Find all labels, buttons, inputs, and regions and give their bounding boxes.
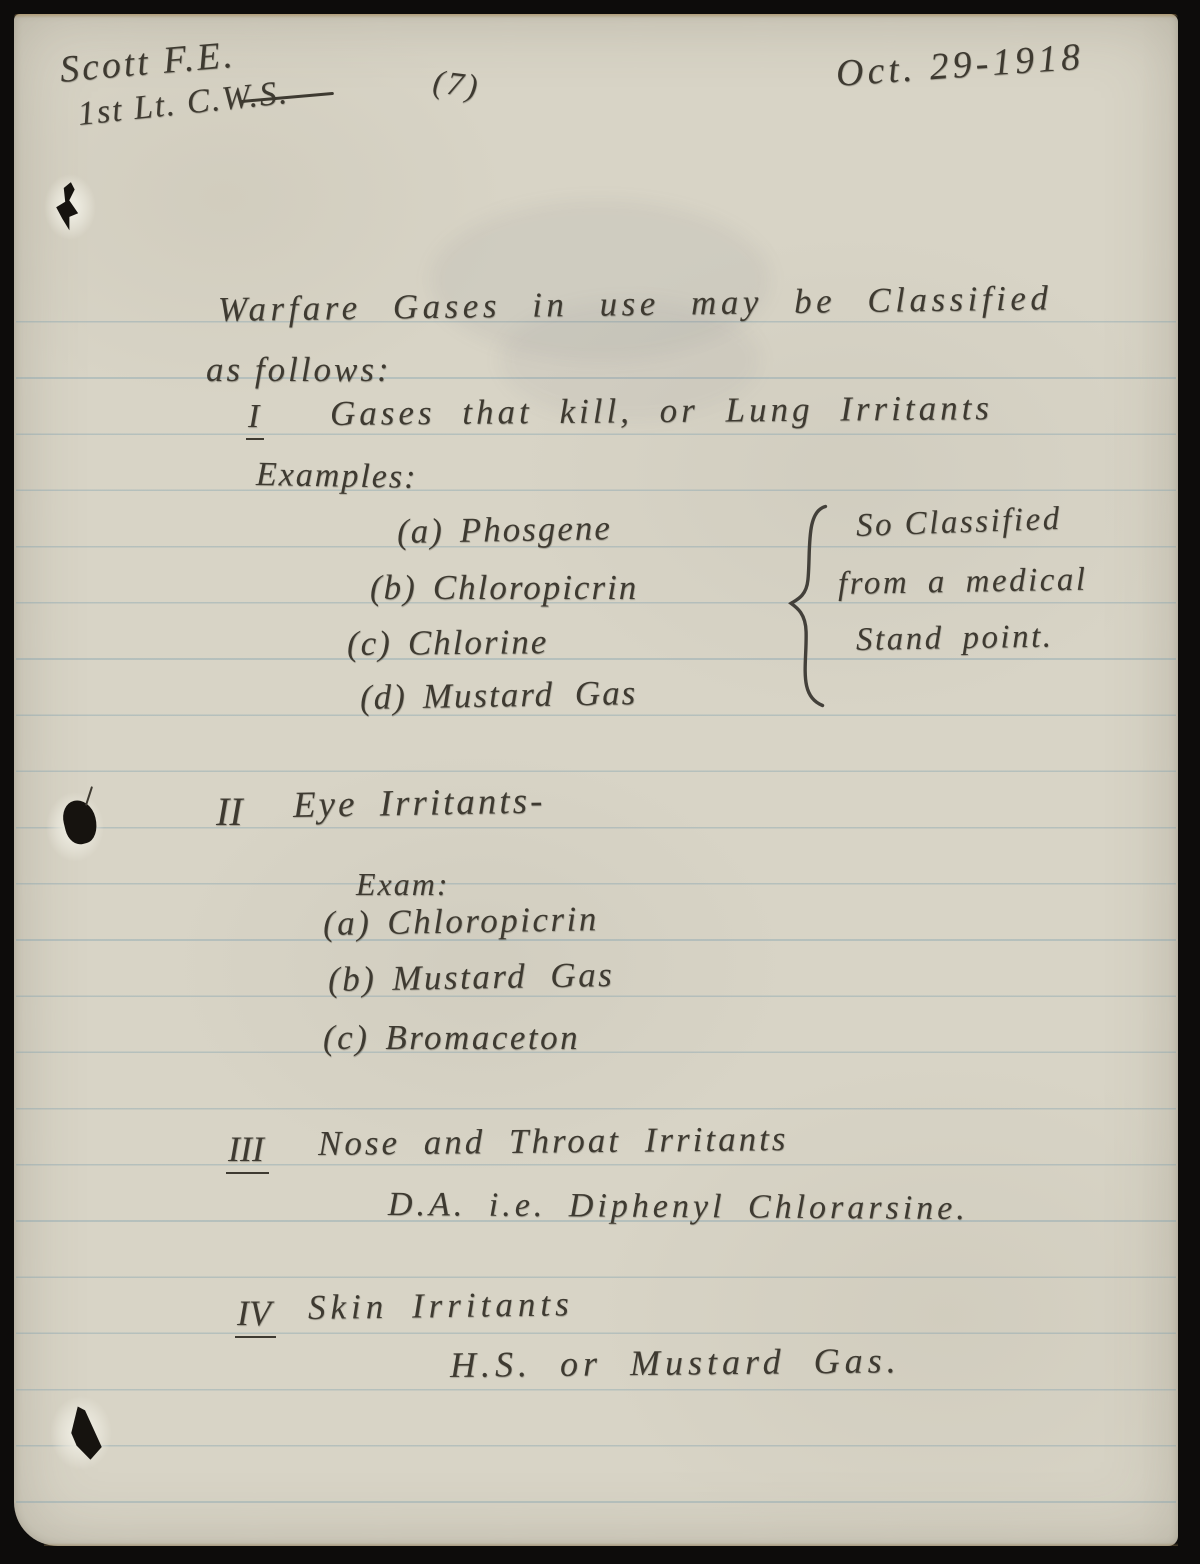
- section-2-numeral: II: [212, 788, 247, 835]
- section-2-title: Eye Irritants-: [293, 780, 546, 827]
- item-label: (a): [323, 903, 372, 944]
- item-text: Phosgene: [459, 508, 612, 550]
- item-text: Chlorine: [408, 622, 549, 662]
- item-text: Chloropicrin: [433, 568, 639, 607]
- item-label: (a): [397, 511, 445, 552]
- list-item: (b)Mustard Gas: [328, 955, 615, 1000]
- item-label: (c): [323, 1018, 369, 1058]
- item-text: Mustard Gas: [422, 673, 637, 716]
- section-1-numeral: I: [246, 398, 264, 440]
- item-label: (d): [360, 677, 408, 718]
- list-item: (a)Phosgene: [397, 508, 613, 552]
- list-item: (c)Bromaceton: [323, 1018, 580, 1058]
- annotation-line-2: from a medical: [838, 562, 1088, 603]
- section-4-numeral: IV: [235, 1292, 276, 1338]
- item-text: Chloropicrin: [387, 899, 599, 942]
- section-1-subheading: Examples:: [256, 456, 418, 497]
- annotation-line-3: Stand point.: [856, 619, 1054, 659]
- list-item: (a)Chloropicrin: [323, 899, 599, 944]
- list-item: (b)Chloropicrin: [370, 568, 638, 608]
- item-label: (b): [328, 959, 377, 1000]
- notebook-paper: [14, 14, 1178, 1546]
- item-text: Mustard Gas: [392, 955, 615, 998]
- intro-line-2: as follows:: [206, 350, 392, 390]
- item-label: (c): [347, 624, 392, 664]
- brace-mark: [778, 499, 841, 713]
- item-text: Bromaceton: [385, 1018, 580, 1057]
- section-3-note: D.A. i.e. Diphenyl Chlorarsine.: [388, 1186, 969, 1228]
- list-item: (c)Chlorine: [347, 622, 549, 664]
- scanned-page: Scott F.E. 1st Lt. C.W.S. (7) Oct. 29-19…: [0, 0, 1200, 1564]
- section-1-title: Gases that kill, or Lung Irritants: [330, 388, 993, 434]
- page-number: (7): [431, 64, 483, 107]
- annotation-line-1: So Classified: [855, 501, 1062, 545]
- section-3-numeral: III: [226, 1128, 269, 1174]
- section-4-note: H.S. or Mustard Gas.: [450, 1339, 901, 1386]
- item-label: (b): [370, 568, 417, 608]
- section-3-title: Nose and Throat Irritants: [318, 1119, 789, 1164]
- list-item: (d)Mustard Gas: [360, 673, 638, 718]
- section-2-subheading: Exam:: [356, 866, 450, 903]
- section-4-title: Skin Irritants: [308, 1284, 574, 1328]
